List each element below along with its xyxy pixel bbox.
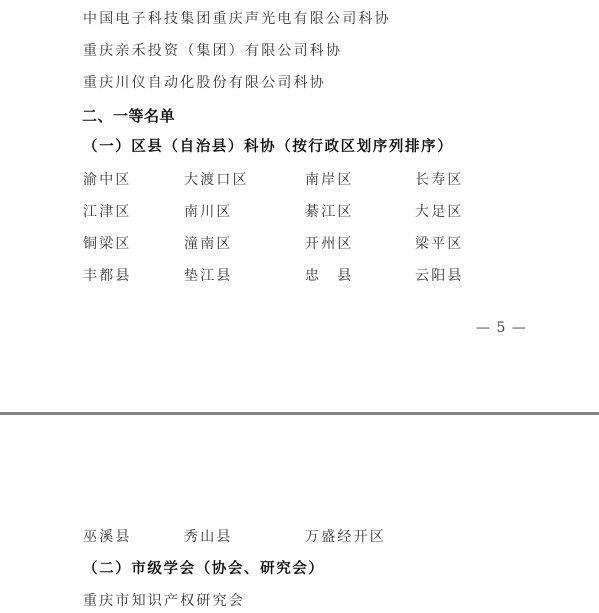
district-cell: 秀山县: [184, 529, 233, 545]
district-cell: 南岸区: [305, 172, 354, 188]
district-row: 铜梁区 潼南区 开州区 梁平区: [0, 236, 599, 252]
document-page-6: 巫溪县 秀山县 万盛经开区 （二）市级学会（协会、研究会） 重庆市知识产权研究会: [0, 416, 599, 613]
district-row: 丰都县 垫江县 忠 县 云阳县: [0, 268, 599, 284]
district-cell: 云阳县: [415, 268, 464, 284]
district-row: 江津区 南川区 綦江区 大足区: [0, 204, 599, 220]
district-cell: 巫溪县: [83, 529, 132, 545]
society-line: 重庆市知识产权研究会: [83, 593, 245, 609]
district-cell: 潼南区: [184, 236, 233, 252]
district-cell: 大足区: [415, 204, 464, 220]
section-heading: 二、一等名单: [82, 108, 175, 124]
org-line: 重庆川仪自动化股份有限公司科协: [83, 75, 326, 91]
district-cell: 铜梁区: [83, 236, 132, 252]
org-line: 重庆亲禾投资（集团）有限公司科协: [83, 43, 342, 59]
district-row: 渝中区 大渡口区 南岸区 长寿区: [0, 172, 599, 188]
subsection-heading: （一）区县（自治县）科协（按行政区划序列排序）: [83, 139, 453, 155]
org-line: 中国电子科技集团重庆声光电有限公司科协: [83, 11, 391, 27]
district-cell: 垫江县: [184, 268, 233, 284]
district-cell: 渝中区: [83, 172, 132, 188]
district-cell: 大渡口区: [184, 172, 249, 188]
page-divider: [0, 412, 599, 415]
subsection-heading: （二）市级学会（协会、研究会）: [83, 561, 325, 577]
district-cell: 忠 县: [305, 268, 354, 284]
district-cell: 南川区: [184, 204, 233, 220]
district-cell: 丰都县: [83, 268, 132, 284]
district-cell: 万盛经开区: [305, 529, 386, 545]
district-cell: 江津区: [83, 204, 132, 220]
page-number: — 5 —: [476, 320, 527, 336]
district-cell: 开州区: [305, 236, 354, 252]
document-page-5: 中国电子科技集团重庆声光电有限公司科协 重庆亲禾投资（集团）有限公司科协 重庆川…: [0, 0, 599, 412]
district-cell: 长寿区: [415, 172, 464, 188]
district-cell: 綦江区: [305, 204, 354, 220]
district-cell: 梁平区: [415, 236, 464, 252]
district-row: 巫溪县 秀山县 万盛经开区: [0, 529, 599, 545]
